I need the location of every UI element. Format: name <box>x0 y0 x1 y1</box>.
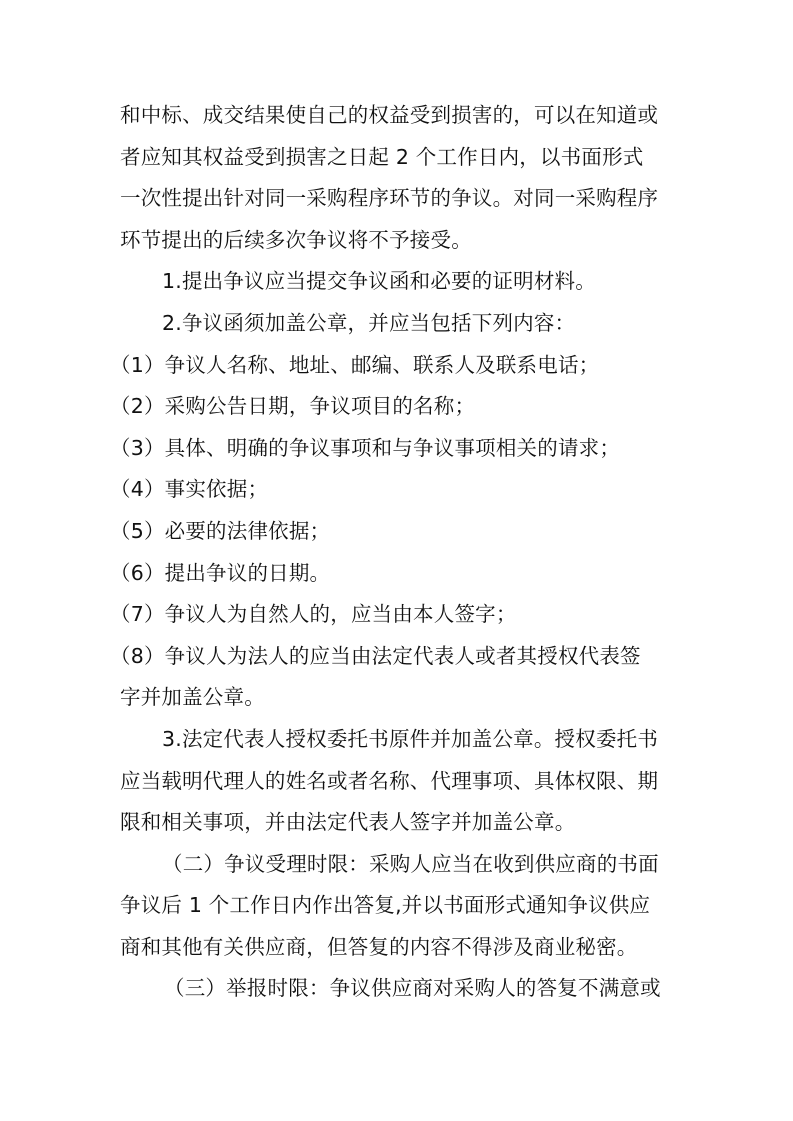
section-heading-3: （三）举报时限：争议供应商对采购人的答复不满意或 <box>120 968 676 1010</box>
sub-item-6: （6）提出争议的日期。 <box>110 553 676 595</box>
sub-item-4: （4）事实依据； <box>110 469 676 511</box>
paragraph-line: 商和其他有关供应商，但答复的内容不得涉及商业秘密。 <box>120 927 676 969</box>
sub-item-1: （1）争议人名称、地址、邮编、联系人及联系电话； <box>110 345 676 387</box>
numbered-item-2: 2.争议函须加盖公章，并应当包括下列内容： <box>120 303 676 345</box>
sub-item-5: （5）必要的法律依据； <box>110 511 676 553</box>
paragraph-line: 和中标、成交结果使自己的权益受到损害的，可以在知道或 <box>120 95 676 137</box>
paragraph-line: 应当载明代理人的姓名或者名称、代理事项、具体权限、期 <box>120 761 676 803</box>
sub-item-8: （8）争议人为法人的应当由法定代表人或者其授权代表签 <box>110 636 676 678</box>
numbered-item-1: 1.提出争议应当提交争议函和必要的证明材料。 <box>120 261 676 303</box>
sub-item-7: （7）争议人为自然人的，应当由本人签字； <box>110 594 676 636</box>
numbered-item-3: 3.法定代表人授权委托书原件并加盖公章。授权委托书 <box>120 719 676 761</box>
paragraph-line: 争议后 1 个工作日内作出答复,并以书面形式通知争议供应 <box>120 885 676 927</box>
paragraph-line: 字并加盖公章。 <box>120 677 676 719</box>
paragraph-line: 者应知其权益受到损害之日起 2 个工作日内，以书面形式 <box>120 137 676 179</box>
paragraph-line: 限和相关事项，并由法定代表人签字并加盖公章。 <box>120 802 676 844</box>
sub-item-2: （2）采购公告日期，争议项目的名称； <box>110 386 676 428</box>
paragraph-line: 一次性提出针对同一采购程序环节的争议。对同一采购程序 <box>120 178 676 220</box>
paragraph-line: 环节提出的后续多次争议将不予接受。 <box>120 220 676 262</box>
document-page: 和中标、成交结果使自己的权益受到损害的，可以在知道或 者应知其权益受到损害之日起… <box>120 95 676 1010</box>
sub-item-3: （3）具体、明确的争议事项和与争议事项相关的请求； <box>110 428 676 470</box>
section-heading-2: （二）争议受理时限：采购人应当在收到供应商的书面 <box>120 844 676 886</box>
